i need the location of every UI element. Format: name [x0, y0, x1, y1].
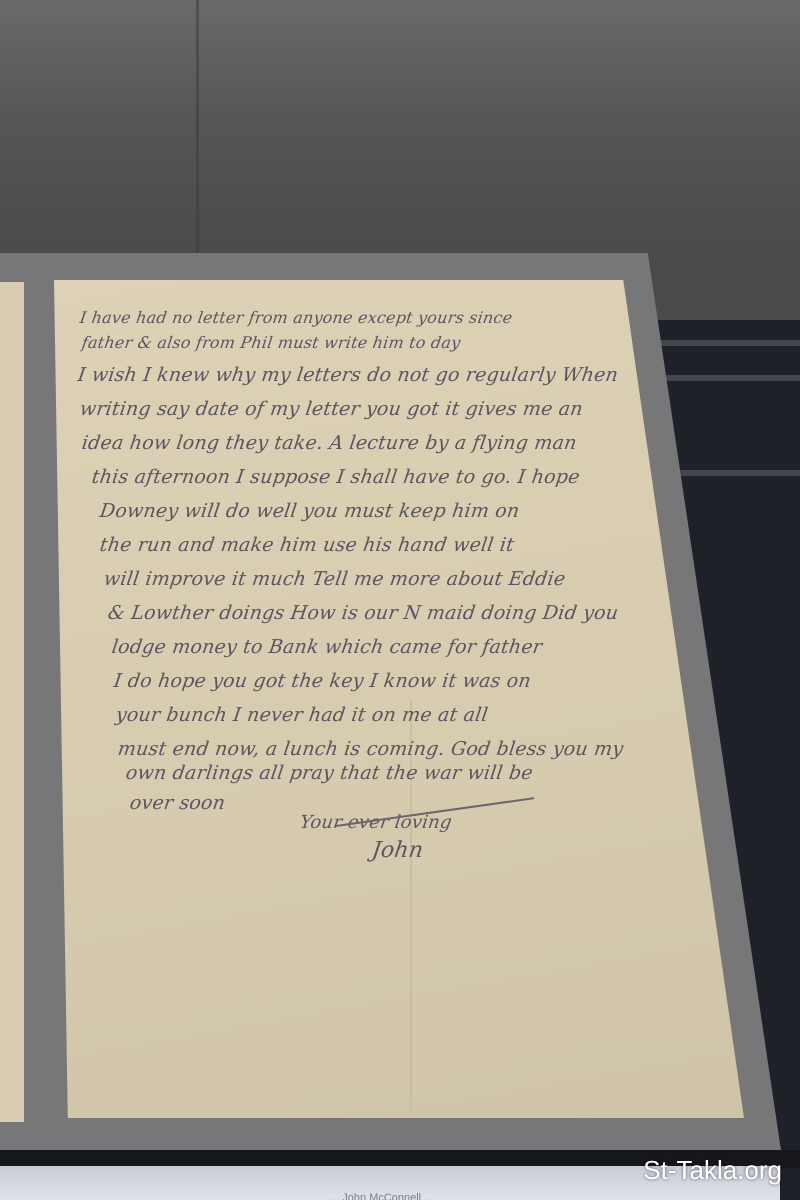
- letter-line: your bunch I never had it on me at all: [114, 704, 489, 726]
- letter-line: I do hope you got the key I know it was …: [112, 670, 532, 692]
- letter-line: idea how long they take. A lecture by a …: [80, 432, 578, 454]
- letter-line: I wish I knew why my letters do not go r…: [76, 364, 619, 386]
- letter-line: the run and make him use his hand well i…: [98, 534, 515, 556]
- exhibit-label-text: ... John McConnell ...: [330, 1192, 433, 1200]
- letter-line: must end now, a lunch is coming. God ble…: [116, 738, 624, 760]
- letter-line: I have had no letter from anyone except …: [79, 308, 514, 327]
- watermark: St-Takla.org: [643, 1155, 782, 1186]
- letter-line: over soon: [128, 792, 226, 814]
- letter-signature: John: [370, 838, 425, 863]
- letter-line: Downey will do well you must keep him on: [98, 500, 521, 522]
- letter-closing: Your ever loving: [299, 812, 454, 833]
- letter-line: writing say date of my letter you got it…: [78, 398, 584, 420]
- background-wall: [0, 0, 800, 260]
- letter-line: this afternoon I suppose I shall have to…: [90, 466, 581, 488]
- wall-seam: [196, 0, 199, 260]
- case-rail: [660, 470, 800, 476]
- case-rail: [660, 340, 800, 346]
- letter-line: will improve it much Tell me more about …: [102, 568, 566, 590]
- letter-line: & Lowther doings How is our N maid doing…: [106, 602, 619, 624]
- letter-line: own darlings all pray that the war will …: [124, 762, 534, 784]
- letter-line: father & also from Phil must write him t…: [81, 333, 462, 352]
- adjacent-letter-page: [0, 282, 24, 1122]
- letter-line: lodge money to Bank which came for fathe…: [110, 636, 543, 658]
- case-rail: [660, 375, 800, 381]
